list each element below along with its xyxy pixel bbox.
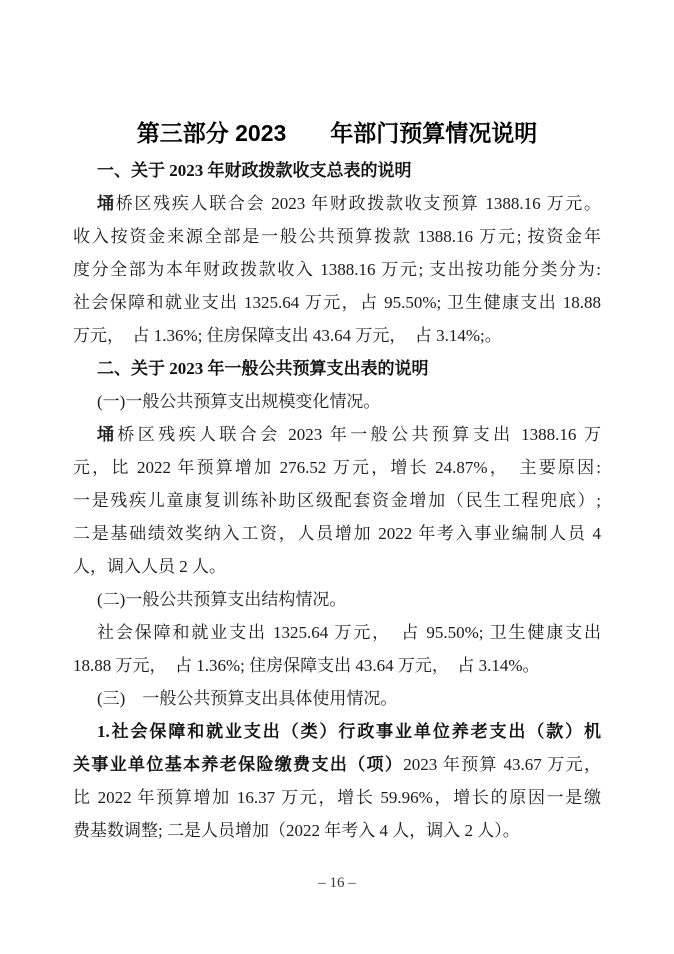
- text-run: 埇: [97, 425, 117, 444]
- text-line: 关事业单位基本养老保险缴费支出（项）2023 年预算 43.67 万元，: [73, 748, 601, 781]
- text-line: 18.88 万元， 占 1.36%; 住房保障支出 43.64 万元， 占 3.…: [73, 649, 601, 682]
- subsection-1-heading: (一)一般公共预算支出规模变化情况。: [73, 385, 601, 418]
- text-line: 万元， 占 1.36%; 住房保障支出 43.64 万元， 占 3.14%;。: [73, 319, 601, 352]
- text-line: 一是残疾儿童康复训练补助区级配套资金增加（民生工程兜底）;: [73, 484, 601, 517]
- text-line: 人，调入人员 2 人。: [73, 550, 601, 583]
- title-part-1: 第三部分 2023: [137, 120, 287, 146]
- page-number: – 16 –: [73, 867, 601, 900]
- document-page: 第三部分 2023年部门预算情况说明 一、关于 2023 年财政拨款收支总表的说…: [0, 0, 674, 954]
- text-line: 埇桥区残疾人联合会 2023 年财政拨款收支预算 1388.16 万元。: [73, 187, 601, 220]
- title-part-2: 年部门预算情况说明: [330, 120, 537, 146]
- text-run: 桥区残疾人联合会 2023 年财政拨款收支预算 1388.16 万元。: [116, 194, 601, 213]
- text-run: 埇: [97, 194, 116, 213]
- text-line: 1.社会保障和就业支出（类）行政事业单位养老支出（款）机: [73, 715, 601, 748]
- subsection-2-heading: (二)一般公共预算支出结构情况。: [73, 583, 601, 616]
- text-line: 收入按资金来源全部是一般公共预算拨款 1388.16 万元; 按资金年: [73, 220, 601, 253]
- section-2-heading: 二、关于 2023 年一般公共预算支出表的说明: [73, 352, 601, 385]
- text-line: 埇桥区残疾人联合会 2023 年一般公共预算支出 1388.16 万: [73, 418, 601, 451]
- text-line: 比 2022 年预算增加 16.37 万元，增长 59.96%，增长的原因一是缴: [73, 781, 601, 814]
- section-1-heading: 一、关于 2023 年财政拨款收支总表的说明: [73, 154, 601, 187]
- text-line: 费基数调整; 二是人员增加（2022 年考入 4 人，调入 2 人）。: [73, 814, 601, 847]
- text-line: 二是基础绩效奖纳入工资，人员增加 2022 年考入事业编制人员 4: [73, 517, 601, 550]
- text-run: 关事业单位基本养老保险缴费支出（项）: [73, 755, 403, 774]
- text-line: 社会保障和就业支出 1325.64 万元， 占 95.50%; 卫生健康支出: [73, 616, 601, 649]
- text-line: 元，比 2022 年预算增加 276.52 万元，增长 24.87%， 主要原因…: [73, 451, 601, 484]
- document-title: 第三部分 2023年部门预算情况说明: [73, 112, 601, 154]
- document-body: 第三部分 2023年部门预算情况说明 一、关于 2023 年财政拨款收支总表的说…: [0, 0, 674, 900]
- text-run: 桥区残疾人联合会 2023 年一般公共预算支出 1388.16 万: [117, 425, 601, 444]
- subsection-3-heading: (三) 一般公共预算支出具体使用情况。: [73, 682, 601, 715]
- text-run: 2023 年预算 43.67 万元，: [403, 755, 601, 774]
- text-line: 社会保障和就业支出 1325.64 万元，占 95.50%; 卫生健康支出 18…: [73, 286, 601, 319]
- text-line: 度分全部为本年财政拨款收入 1388.16 万元; 支出按功能分类分为:: [73, 253, 601, 286]
